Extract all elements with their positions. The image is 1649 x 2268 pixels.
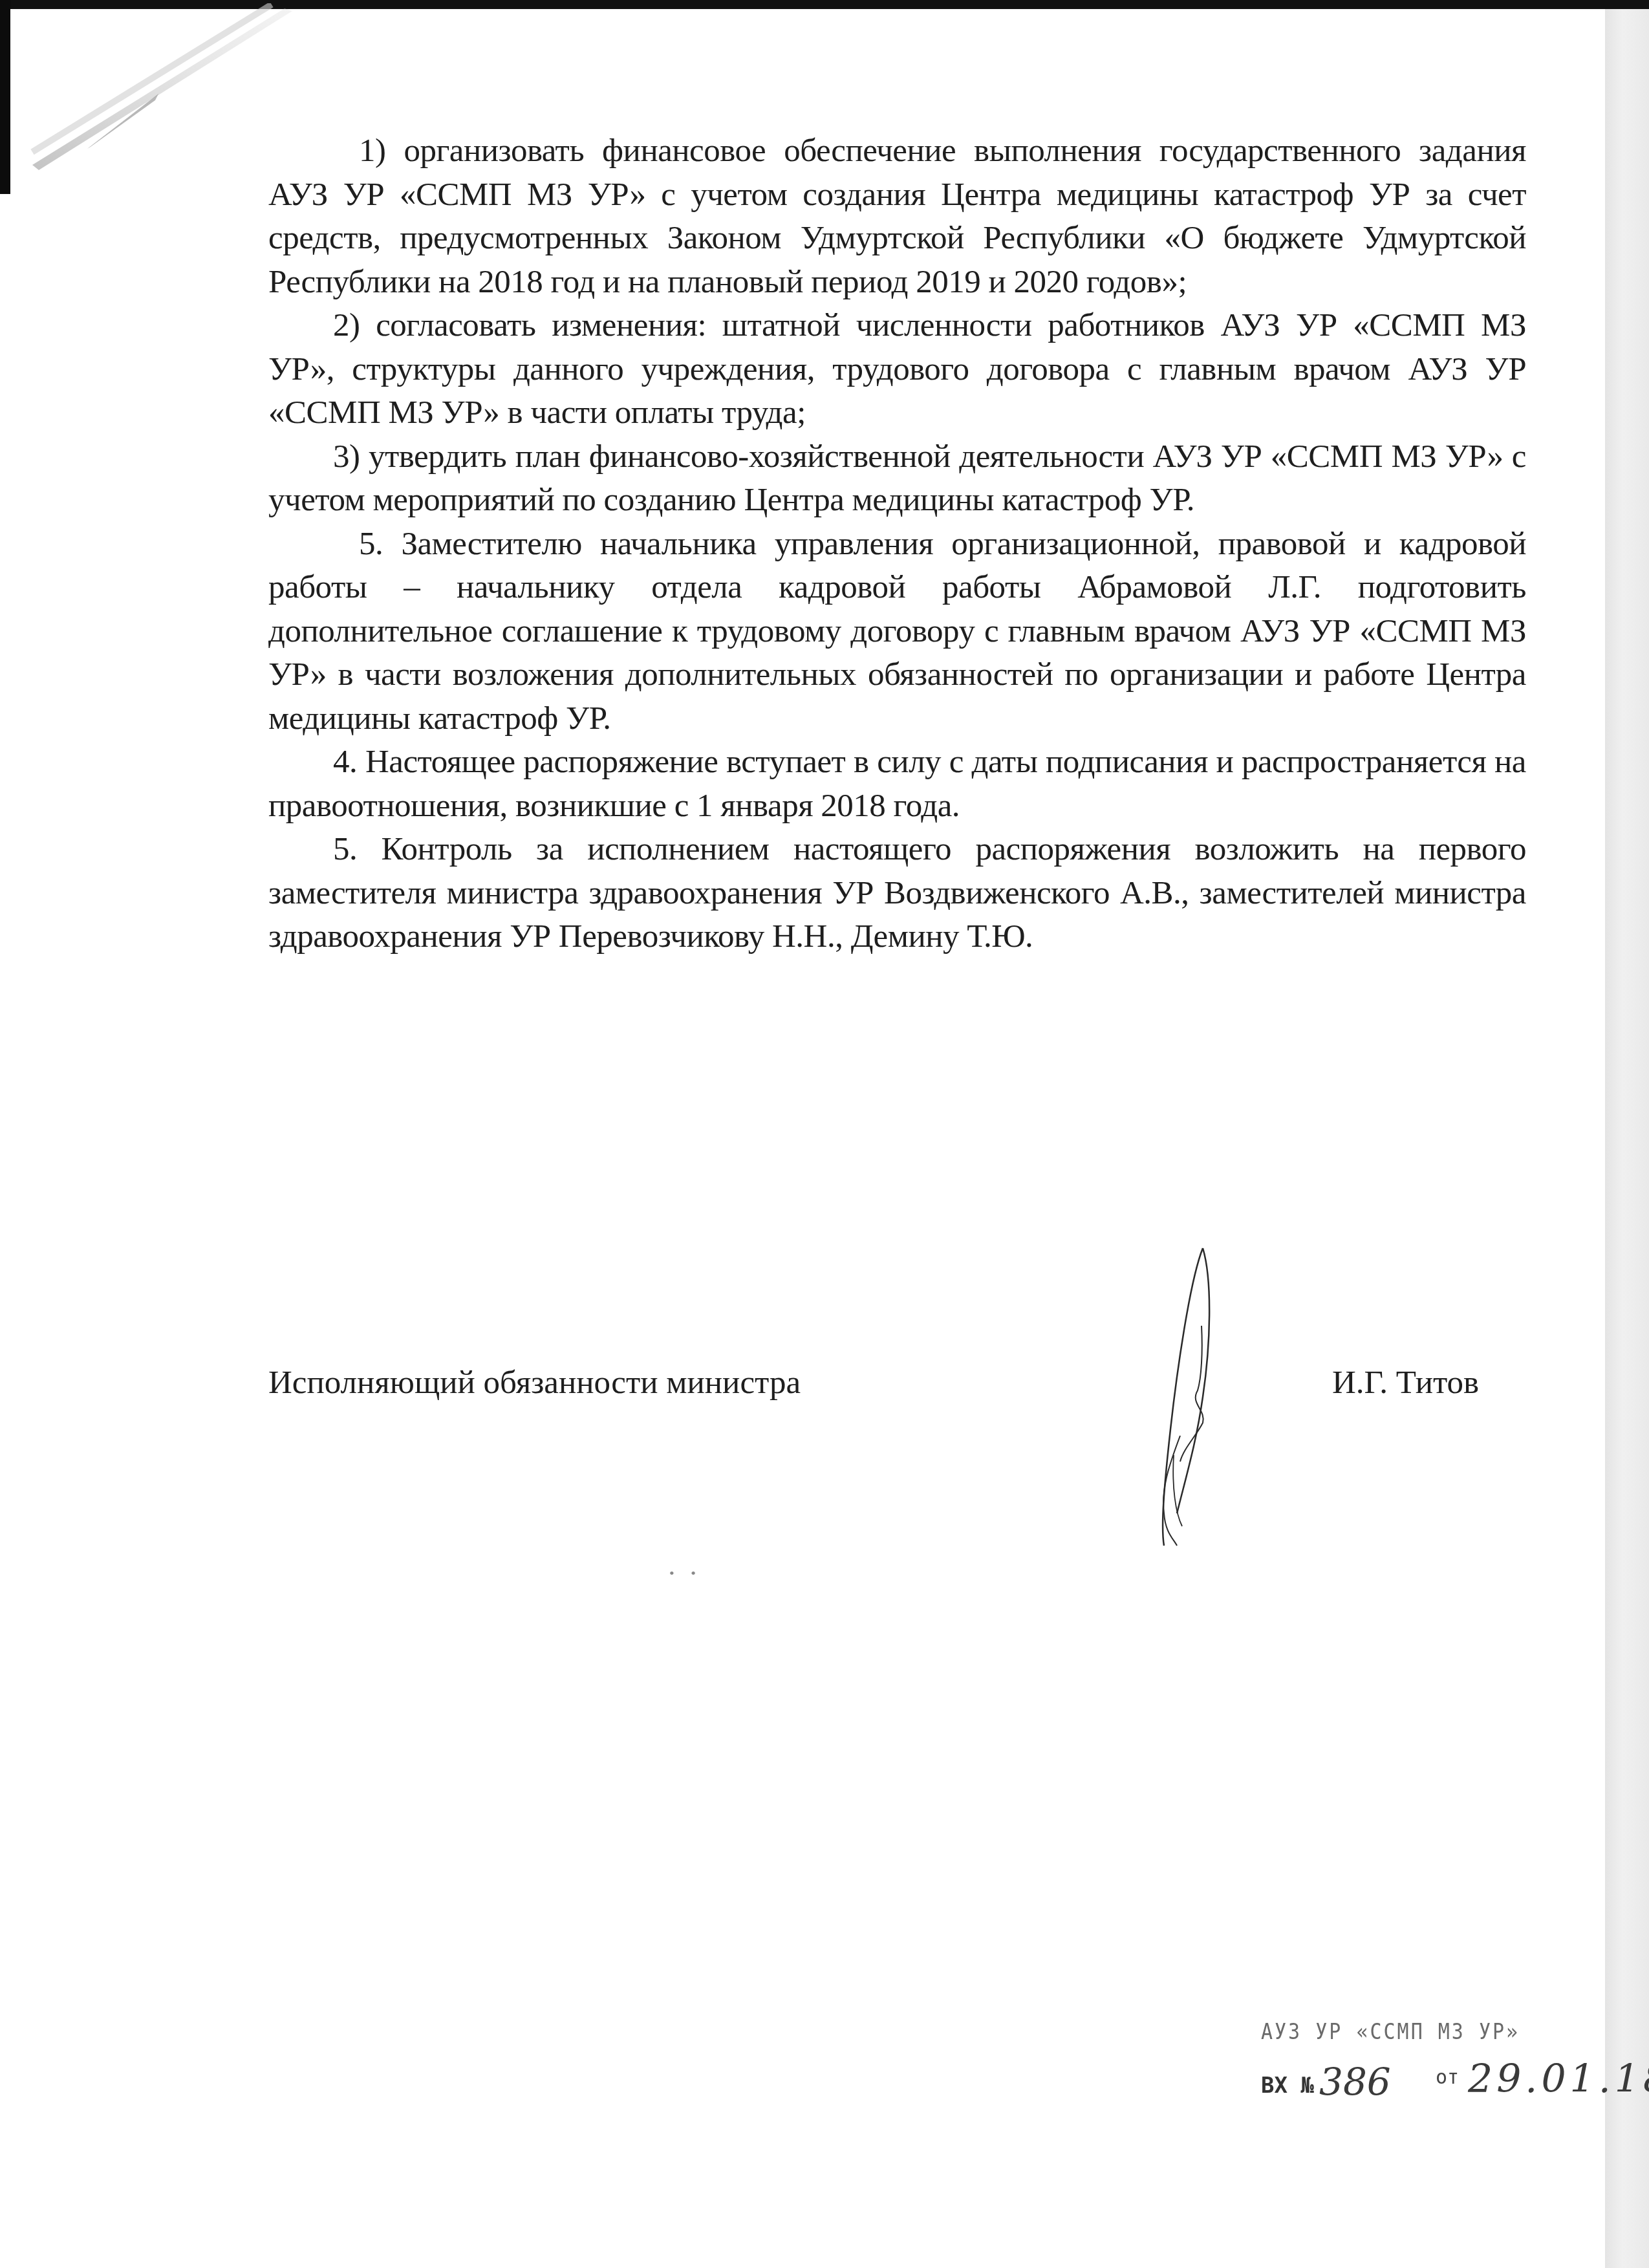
scan-border-right: [1605, 9, 1649, 2268]
stamp-incoming-label: ВХ №: [1261, 2073, 1314, 2099]
paragraph-item-3: 3) утвердить план финансово-хозяйственно…: [268, 435, 1526, 523]
signatory-name: И.Г. Титов: [1332, 1361, 1479, 1405]
stamp-organization: АУЗ УР «ССМП МЗ УР»: [1261, 2019, 1520, 2045]
document-body: 1) организовать финансовое обеспечение в…: [268, 129, 1526, 959]
paragraph-point-5-deputy: 5. Заместителю начальника управления орг…: [268, 523, 1526, 741]
stamp-date: 29.01.18: [1468, 2057, 1649, 2102]
scan-speck: • •: [669, 1565, 702, 1582]
signature-block: Исполняющий обязанности министра И.Г. Ти…: [268, 1361, 1526, 1413]
signatory-title: Исполняющий обязанности министра: [268, 1361, 801, 1405]
paragraph-point-5-control: 5. Контроль за исполнением настоящего ра…: [268, 828, 1526, 959]
scan-border-top: [0, 0, 1649, 9]
incoming-stamp: АУЗ УР «ССМП МЗ УР» ВХ № 386 от 29.01.18: [1261, 2021, 1597, 2131]
stamp-number: 386: [1319, 2060, 1391, 2104]
paragraph-point-4-effective-date: 4. Настоящее распоряжение вступает в сил…: [268, 740, 1526, 828]
stamp-date-label: от: [1436, 2066, 1459, 2089]
paragraph-item-2: 2) согласовать изменения: штатной числен…: [268, 304, 1526, 435]
paragraph-item-1: 1) организовать финансовое обеспечение в…: [268, 129, 1526, 304]
handwritten-signature: [1125, 1242, 1229, 1565]
scan-border-left: [0, 0, 10, 194]
